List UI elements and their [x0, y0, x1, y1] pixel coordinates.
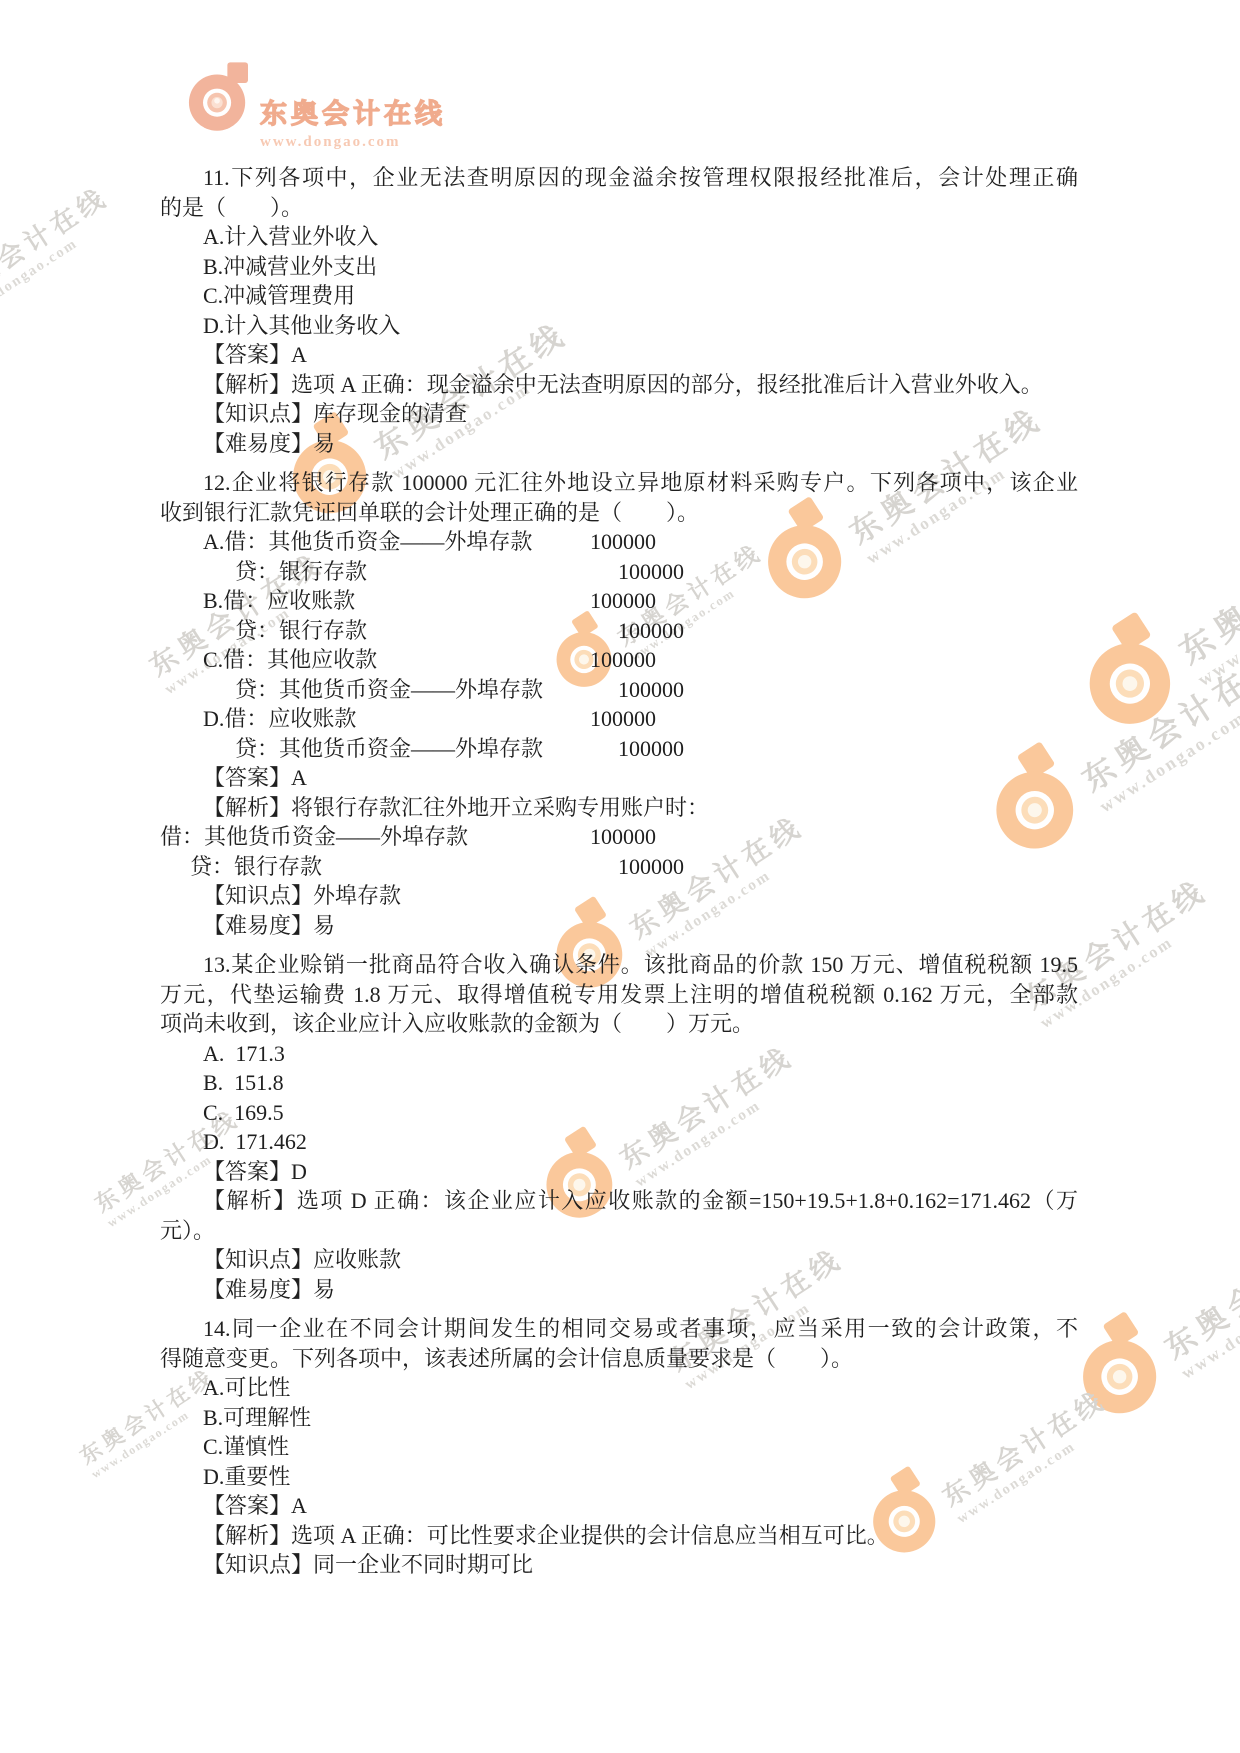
knowledge-point-row: 【知识点】外埠存款	[160, 881, 1078, 911]
meta-value: 易	[313, 913, 335, 938]
site-logo: 东奥会计在线 www.dongao.com	[188, 62, 446, 151]
analysis-journal-line: 借：其他货币资金——外埠存款100000	[160, 822, 1078, 852]
meta-label: 【答案】	[203, 1159, 291, 1184]
option-item: C. 169.5	[160, 1098, 1078, 1128]
meta-label: 【解析】	[203, 1523, 291, 1548]
meta-value: A	[291, 765, 307, 790]
answer-row: 【答案】A	[160, 340, 1078, 370]
question-stem-line: 11.下列各项中，企业无法查明原因的现金溢余按管理权限报经批准后，会计处理正确	[160, 163, 1078, 193]
question-block: 11.下列各项中，企业无法查明原因的现金溢余按管理权限报经批准后，会计处理正确的…	[160, 163, 1078, 458]
watermark-text: 东奥会计在线	[1158, 1216, 1240, 1367]
option-item: A.计入营业外收入	[160, 222, 1078, 252]
journal-amount: 100000	[618, 852, 684, 882]
option-item: A.可比性	[160, 1373, 1078, 1403]
difficulty-row: 【难易度】易	[160, 429, 1078, 459]
journal-amount: 100000	[618, 616, 684, 646]
analysis-row: 元）。	[160, 1216, 1078, 1246]
meta-label: 【知识点】	[203, 883, 313, 908]
watermark: 东奥会计在线www.dongao.com	[0, 182, 123, 324]
journal-entry-line: A.借：其他货币资金——外埠存款100000	[160, 527, 1078, 557]
question-stem-line: 收到银行汇款凭证回单联的会计处理正确的是（ ）。	[160, 498, 1078, 528]
journal-amount: 100000	[590, 586, 656, 616]
meta-label: 【知识点】	[203, 1247, 313, 1272]
watermark-url: www.dongao.com	[0, 207, 123, 324]
option-item: C.谨慎性	[160, 1432, 1078, 1462]
answer-row: 【答案】A	[160, 763, 1078, 793]
option-item: B.冲减营业外支出	[160, 252, 1078, 282]
journal-amount: 100000	[590, 822, 656, 852]
watermark: 东奥会计在线www.dongao.com	[1059, 1182, 1240, 1433]
analysis-row: 【解析】选项 A 正确：现金溢余中无法查明原因的部分，报经批准后计入营业外收入。	[160, 370, 1078, 400]
question-block: 14.同一企业在不同会计期间发生的相同交易或者事项，应当采用一致的会计政策，不得…	[160, 1314, 1078, 1580]
difficulty-row: 【难易度】易	[160, 1275, 1078, 1305]
knowledge-point-row: 【知识点】库存现金的清查	[160, 399, 1078, 429]
question-block: 13.某企业赊销一批商品符合收入确认条件。该批商品的价款 150 万元、增值税税…	[160, 950, 1078, 1304]
meta-value: A	[291, 1493, 307, 1518]
question-stem-line: 12.企业将银行存款 100000 元汇往外地设立异地原材料采购专户。下列各项中…	[160, 468, 1078, 498]
journal-entry-line: 贷：银行存款100000	[160, 557, 1078, 587]
questions-content: 11.下列各项中，企业无法查明原因的现金溢余按管理权限报经批准后，会计处理正确的…	[160, 163, 1078, 1580]
meta-label: 【难易度】	[203, 913, 313, 938]
journal-entry-line: D.借：应收账款100000	[160, 704, 1078, 734]
watermark-url: www.dongao.com	[1178, 1246, 1240, 1383]
question-stem-line: 万元，代垫运输费 1.8 万元、取得增值税专用发票上注明的增值税税额 0.162…	[160, 980, 1078, 1010]
journal-entry-line: 贷：其他货币资金——外埠存款100000	[160, 675, 1078, 705]
analysis-row: 【解析】将银行存款汇往外地开立采购专用账户时：	[160, 793, 1078, 823]
journal-amount: 100000	[618, 557, 684, 587]
watermark-text: 东奥会计在线	[1075, 641, 1240, 799]
meta-value: 选项 A 正确：现金溢余中无法查明原因的部分，报经批准后计入营业外收入。	[291, 372, 1043, 397]
meta-value: 同一企业不同时期可比	[313, 1552, 533, 1577]
watermark-url: www.dongao.com	[1194, 540, 1240, 691]
option-item: B. 151.8	[160, 1068, 1078, 1098]
journal-entry-text: D.借：应收账款	[203, 706, 356, 731]
question-stem-line: 得随意变更。下列各项中，该表述所属的会计信息质量要求是（ ）。	[160, 1344, 1078, 1374]
journal-entry-text: C.借：其他应收款	[203, 647, 377, 672]
meta-value: A	[291, 342, 307, 367]
question-stem-line: 项尚未收到，该企业应计入应收账款的金额为（ ）万元。	[160, 1009, 1078, 1039]
meta-label: 【难易度】	[203, 431, 313, 456]
meta-value: 应收账款	[313, 1247, 401, 1272]
journal-entry-text: 借：其他货币资金——外埠存款	[160, 824, 468, 849]
journal-entry-text: A.借：其他货币资金——外埠存款	[203, 529, 532, 554]
question-stem-line: 13.某企业赊销一批商品符合收入确认条件。该批商品的价款 150 万元、增值税税…	[160, 950, 1078, 980]
meta-label: 【知识点】	[203, 1552, 313, 1577]
watermark-text: 东奥会计在线	[1173, 507, 1240, 673]
knowledge-point-row: 【知识点】同一企业不同时期可比	[160, 1550, 1078, 1580]
journal-entry-text: 贷：其他货币资金——外埠存款	[235, 677, 543, 702]
option-item: D. 171.462	[160, 1127, 1078, 1157]
watermark-url: www.dongao.com	[1096, 673, 1240, 817]
journal-entry-text: 贷：其他货币资金——外埠存款	[235, 736, 543, 761]
option-item: D.重要性	[160, 1462, 1078, 1492]
journal-amount: 100000	[590, 527, 656, 557]
option-item: B.可理解性	[160, 1403, 1078, 1433]
watermark-text: 东奥会计在线	[0, 182, 114, 310]
meta-value: 外埠存款	[313, 883, 401, 908]
meta-label: 【答案】	[203, 1493, 291, 1518]
meta-value: 将银行存款汇往外地开立采购专用账户时：	[291, 795, 709, 820]
analysis-journal-line: 贷：银行存款100000	[160, 852, 1078, 882]
analysis-row: 【解析】选项 A 正确：可比性要求企业提供的会计信息应当相互可比。	[160, 1521, 1078, 1551]
meta-label: 【答案】	[203, 342, 291, 367]
brand-url: www.dongao.com	[260, 134, 446, 151]
brand-name: 东奥会计在线	[260, 92, 446, 131]
meta-value: 选项 D 正确：该企业应计入应收账款的金额=150+19.5+1.8+0.162…	[297, 1188, 1078, 1213]
meta-value: 易	[313, 431, 335, 456]
journal-entry-line: 贷：其他货币资金——外埠存款100000	[160, 734, 1078, 764]
answer-row: 【答案】D	[160, 1157, 1078, 1187]
difficulty-row: 【难易度】易	[160, 911, 1078, 941]
meta-label: 【解析】	[203, 1188, 297, 1213]
meta-label: 【解析】	[203, 795, 291, 820]
question-stem-line: 的是（ ）。	[160, 193, 1078, 223]
dongao-logo-icon	[188, 62, 248, 137]
journal-entry-text: 贷：银行存款	[235, 618, 367, 643]
document-page: 东奥会计在线www.dongao.com东奥会计在线www.dongao.com…	[0, 0, 1240, 1753]
journal-amount: 100000	[590, 704, 656, 734]
meta-value: 库存现金的清查	[313, 401, 467, 426]
journal-entry-line: B.借：应收账款100000	[160, 586, 1078, 616]
journal-entry-text: B.借：应收账款	[203, 588, 355, 613]
option-item: C.冲减管理费用	[160, 281, 1078, 311]
answer-row: 【答案】A	[160, 1491, 1078, 1521]
meta-label: 【答案】	[203, 765, 291, 790]
journal-entry-line: 贷：银行存款100000	[160, 616, 1078, 646]
journal-amount: 100000	[618, 675, 684, 705]
option-item: A. 171.3	[160, 1039, 1078, 1069]
meta-label: 【难易度】	[203, 1277, 313, 1302]
journal-entry-line: C.借：其他应收款100000	[160, 645, 1078, 675]
journal-amount: 100000	[590, 645, 656, 675]
journal-amount: 100000	[618, 734, 684, 764]
meta-value: 易	[313, 1277, 335, 1302]
meta-value: 选项 A 正确：可比性要求企业提供的会计信息应当相互可比。	[291, 1523, 889, 1548]
meta-value: D	[291, 1159, 307, 1184]
question-block: 12.企业将银行存款 100000 元汇往外地设立异地原材料采购专户。下列各项中…	[160, 468, 1078, 940]
dongao-logo-watermark-icon	[1064, 611, 1193, 746]
meta-label: 【解析】	[203, 372, 291, 397]
analysis-row: 【解析】选项 D 正确：该企业应计入应收账款的金额=150+19.5+1.8+0…	[160, 1186, 1078, 1216]
journal-entry-text: 贷：银行存款	[235, 559, 367, 584]
question-stem-line: 14.同一企业在不同会计期间发生的相同交易或者事项，应当采用一致的会计政策，不	[160, 1314, 1078, 1344]
option-item: D.计入其他业务收入	[160, 311, 1078, 341]
knowledge-point-row: 【知识点】应收账款	[160, 1245, 1078, 1275]
watermark: 东奥会计在线www.dongao.com	[1064, 470, 1240, 746]
journal-entry-text: 贷：银行存款	[190, 854, 322, 879]
meta-label: 【知识点】	[203, 401, 313, 426]
